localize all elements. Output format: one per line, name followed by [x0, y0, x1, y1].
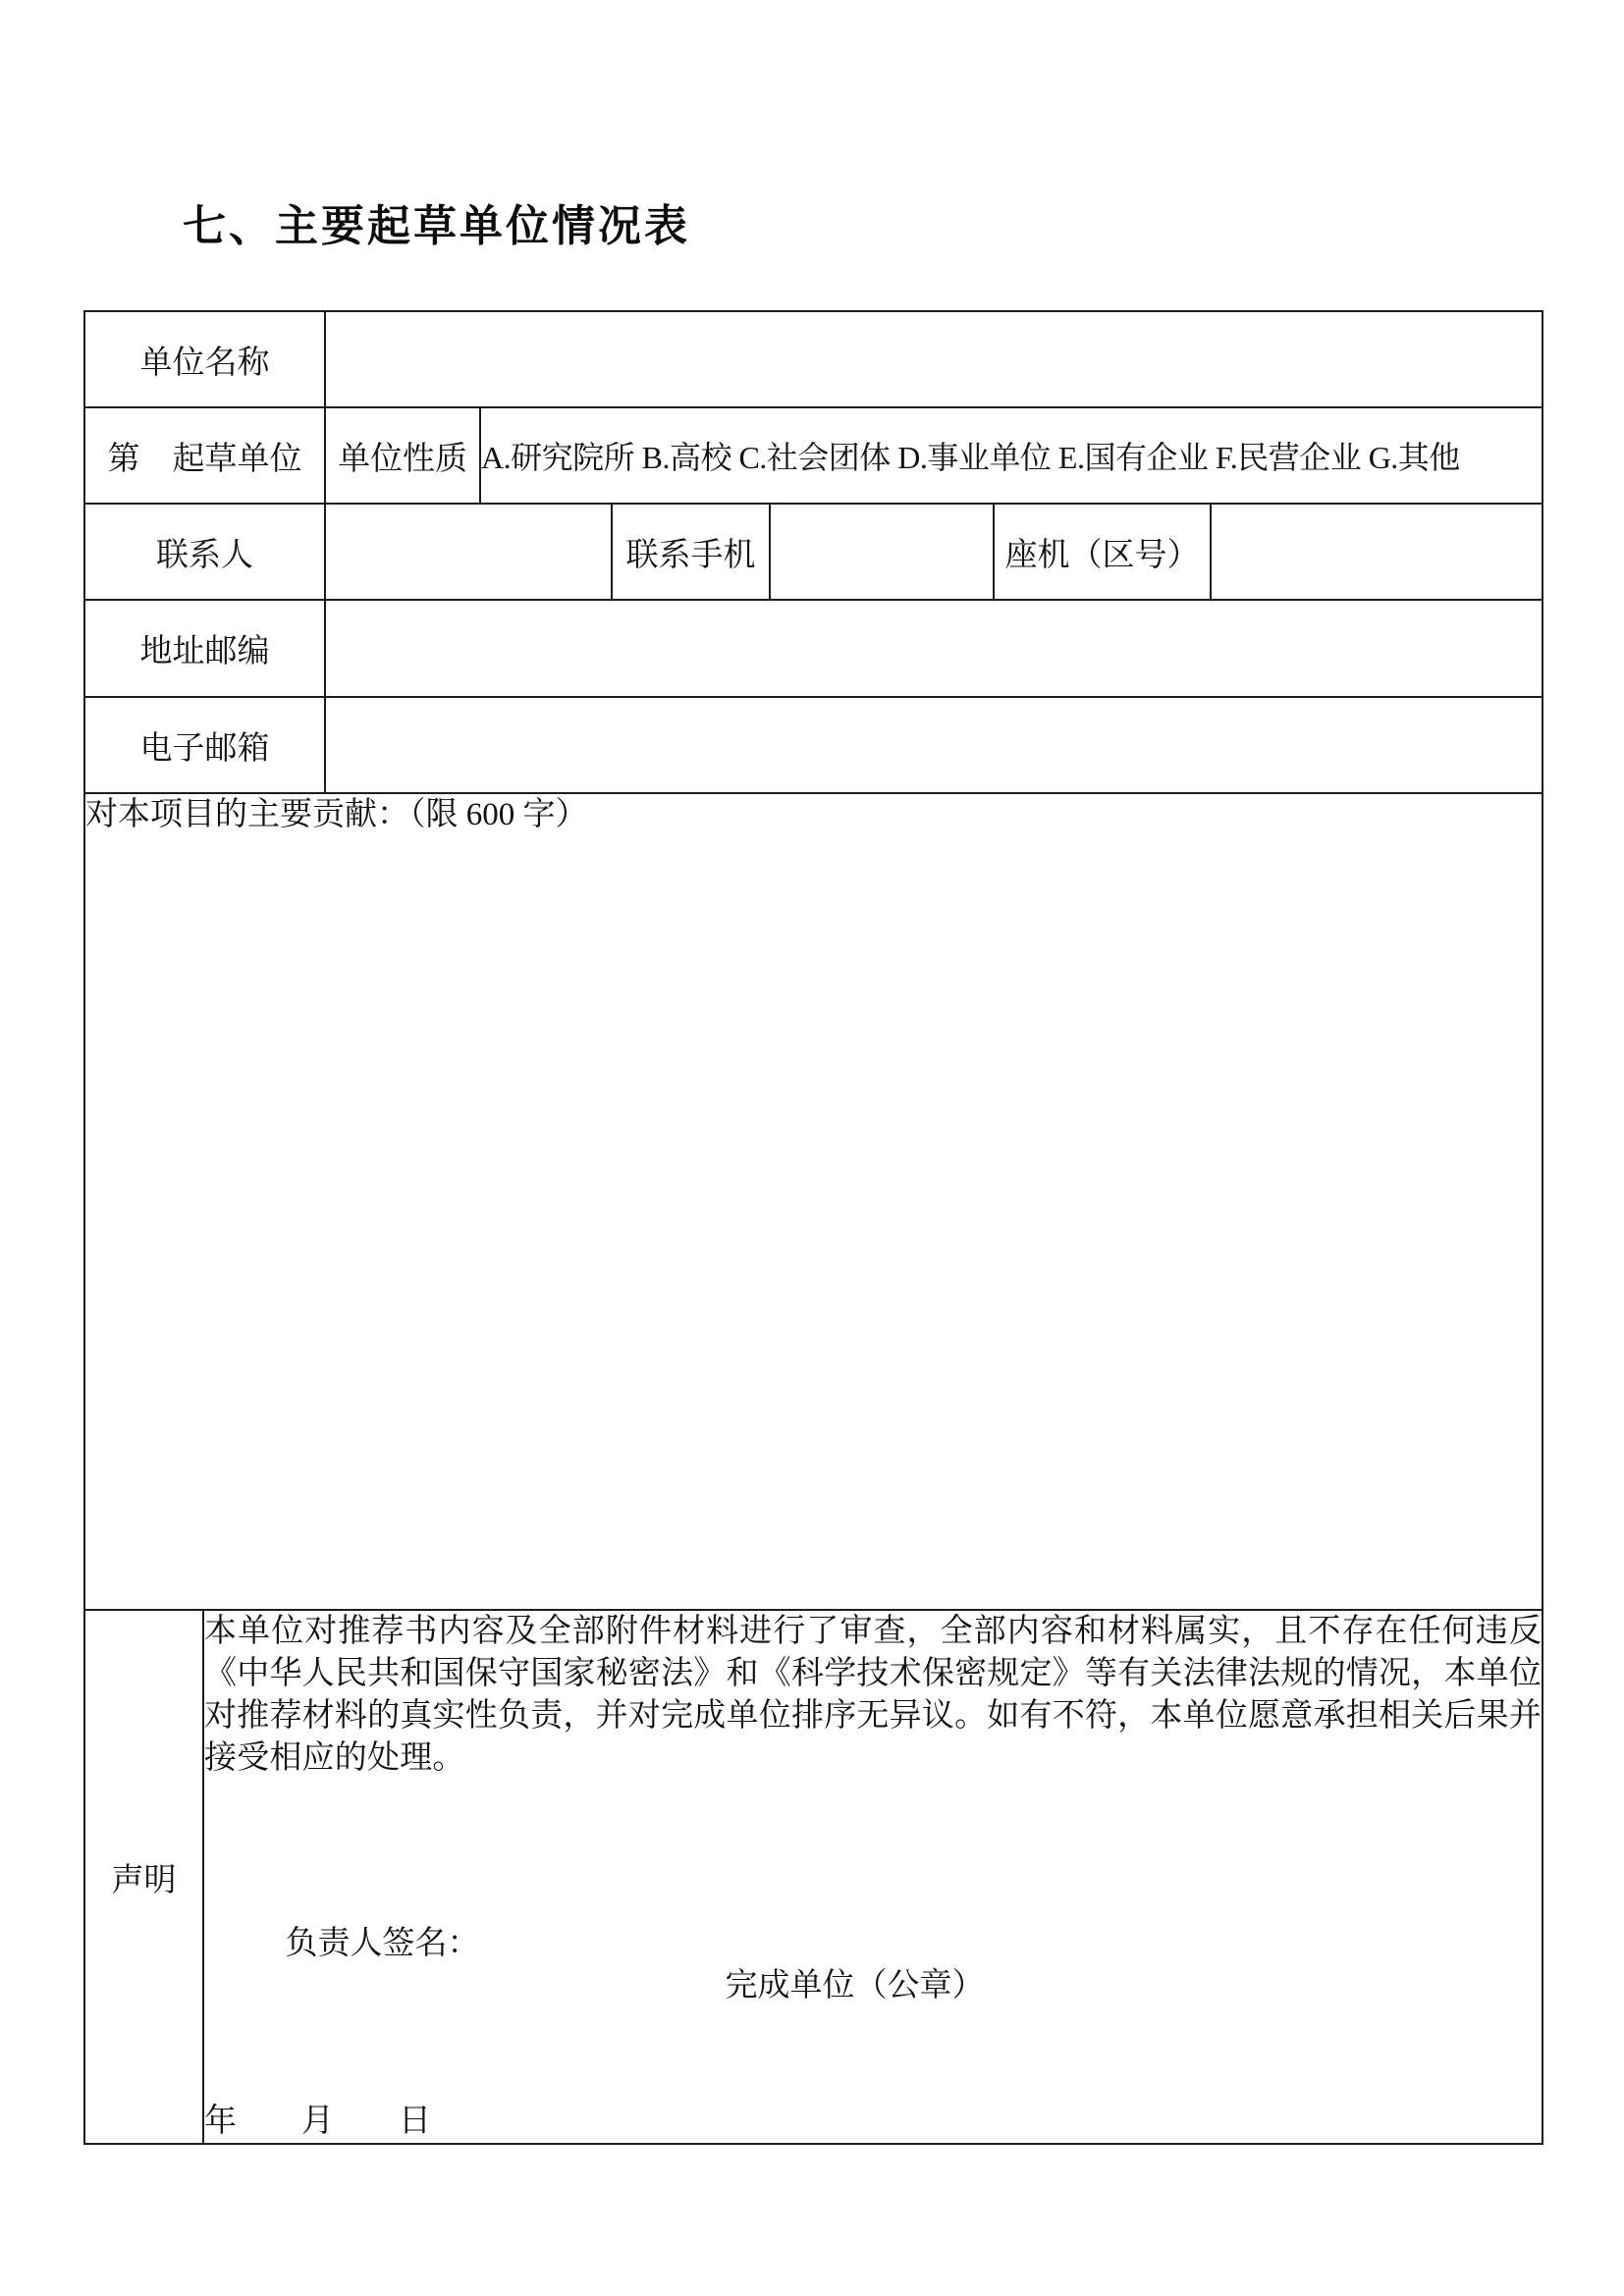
unit-name-label: 单位名称 — [84, 311, 325, 407]
contact-label: 联系人 — [84, 504, 325, 600]
unit-nature-label: 单位性质 — [325, 407, 480, 504]
drafting-unit-table: 单位名称 第 起草单位 单位性质 A.研究院所 B.高校 C.社会团体 D.事业… — [83, 310, 1543, 2145]
declaration-body: 本单位对推荐书内容及全部附件材料进行了审查，全部内容和材料属实，且不存在任何违反… — [204, 1611, 1542, 1780]
landline-value-cell[interactable] — [1211, 504, 1543, 600]
row-address: 地址邮编 — [84, 600, 1543, 697]
landline-label: 座机（区号） — [994, 504, 1211, 600]
mobile-label: 联系手机 — [612, 504, 770, 600]
row-declaration: 声明 本单位对推荐书内容及全部附件材料进行了审查，全部内容和材料属实，且不存在任… — [84, 1610, 1543, 2144]
drafting-unit-ordinal-label: 第 起草单位 — [84, 407, 325, 504]
document-page: 七、主要起草单位情况表 单位名称 第 起草单位 单位性质 A.研究院所 B.高校… — [0, 0, 1624, 2296]
date-label: 年 月 日 — [204, 2101, 1542, 2143]
mobile-value-cell[interactable] — [770, 504, 994, 600]
seal-label: 完成单位（公章） — [726, 1968, 985, 2003]
row-email: 电子邮箱 — [84, 697, 1543, 793]
unit-nature-options: A.研究院所 B.高校 C.社会团体 D.事业单位 E.国有企业 F.民营企业 … — [480, 407, 1543, 504]
row-contribution: 对本项目的主要贡献：（限 600 字） — [84, 793, 1543, 1610]
declaration-cell: 本单位对推荐书内容及全部附件材料进行了审查，全部内容和材料属实，且不存在任何违反… — [203, 1610, 1543, 2144]
row-unit-name: 单位名称 — [84, 311, 1543, 407]
row-contact: 联系人 联系手机 座机（区号） — [84, 504, 1543, 600]
address-label: 地址邮编 — [84, 600, 325, 697]
email-value-cell[interactable] — [325, 697, 1543, 793]
email-label: 电子邮箱 — [84, 697, 325, 793]
row-drafting-unit: 第 起草单位 单位性质 A.研究院所 B.高校 C.社会团体 D.事业单位 E.… — [84, 407, 1543, 504]
contribution-label: 对本项目的主要贡献：（限 600 字） — [85, 794, 1542, 836]
section-title: 七、主要起草单位情况表 — [183, 190, 690, 253]
address-value-cell[interactable] — [325, 600, 1543, 697]
signature-label: 负责人签名： — [286, 1926, 480, 1961]
unit-name-value-cell[interactable] — [325, 311, 1543, 407]
signature-row: 负责人签名： 完成单位（公章） — [204, 1881, 1542, 2050]
contribution-cell[interactable]: 对本项目的主要贡献：（限 600 字） — [84, 793, 1543, 1610]
declaration-label: 声明 — [84, 1610, 203, 2144]
contact-value-cell[interactable] — [325, 504, 612, 600]
